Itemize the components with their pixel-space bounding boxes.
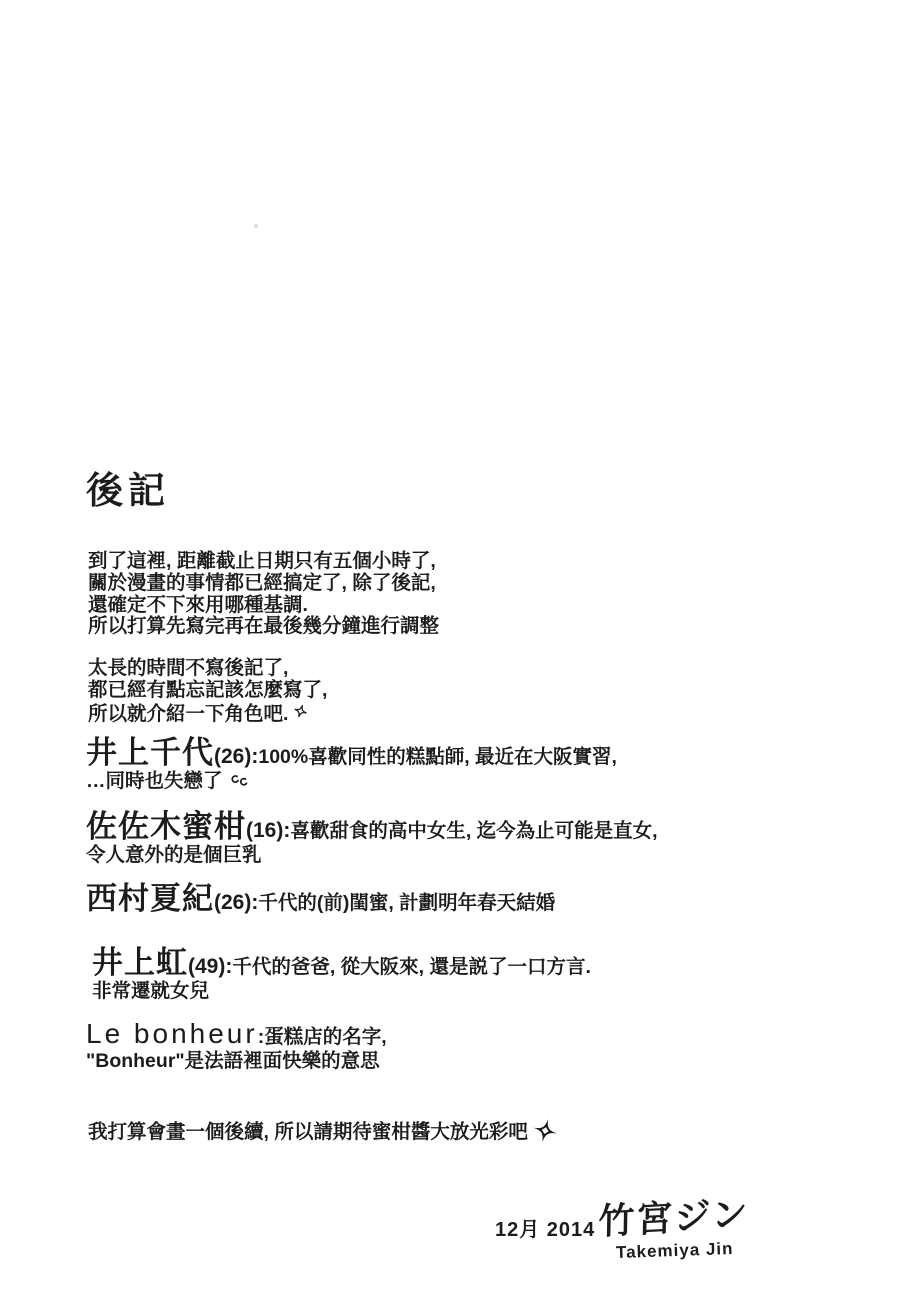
- character-name: 佐佐木蜜柑: [86, 809, 246, 844]
- character-description: 100%喜歡同性的糕點師, 最近在大阪實習,: [258, 746, 617, 768]
- character-description: 千代的(前)閨蜜, 計劃明年春天結婚: [258, 892, 555, 914]
- character-description: 千代的爸爸, 從大阪來, 還是説了一口方言.: [232, 956, 591, 978]
- artist-signature-romaji: Takemiya Jin: [616, 1239, 734, 1263]
- artist-signature: 竹宮ジン: [598, 1186, 750, 1245]
- character-row: 井上虹(49):千代的爸爸, 從大阪來, 還是説了一口方言.: [92, 947, 591, 978]
- closing-text: 我打算會畫一個後續, 所以請期待蜜柑醬大放光彩吧: [88, 1121, 528, 1143]
- character-name: Le bonheur: [86, 1018, 258, 1049]
- character-row: Le bonheur:蛋糕店的名字,: [86, 1020, 387, 1048]
- intro-line-3: 還確定不下來用哪種基調.: [88, 595, 439, 617]
- character-name: 西村夏紀: [86, 881, 214, 916]
- character-name: 井上千代: [86, 735, 214, 770]
- character-description-line2: 非常遷就女兒: [92, 981, 591, 1003]
- character-name: 井上虹: [92, 945, 188, 980]
- publication-date: 12月 2014: [495, 1213, 595, 1242]
- intro-line-1: 到了這裡, 距離截止日期只有五個小時了,: [88, 551, 439, 573]
- character-description-line2: "Bonheur"是法語裡面快樂的意思: [86, 1051, 387, 1073]
- character-description-line2: …同時也失戀了: [86, 771, 617, 794]
- notes-line-3: 所以就介紹一下角色吧.: [88, 702, 327, 726]
- character-entry-sasaki-mikan: 佐佐木蜜柑(16):喜歡甜食的高中女生, 迄今為止可能是直女, 令人意外的是個巨…: [86, 811, 658, 867]
- page-title: 後記: [86, 472, 170, 509]
- character-row: 佐佐木蜜柑(16):喜歡甜食的高中女生, 迄今為止可能是直女,: [86, 811, 658, 842]
- sparkle-filled-icon: [528, 1115, 560, 1151]
- intro-line-2: 關於漫畫的事情都已經搞定了, 除了後記,: [88, 573, 439, 595]
- character-entry-nishimura-natsuki: 西村夏紀(26):千代的(前)閨蜜, 計劃明年春天結婚: [86, 883, 555, 914]
- notes-line-1: 太長的時間不寫後記了,: [88, 658, 327, 680]
- character-age-tag: (26):: [214, 891, 258, 914]
- character-description: 蛋糕店的名字,: [264, 1026, 386, 1048]
- notes-line-2: 都已經有點忘記該怎麼寫了,: [88, 680, 327, 702]
- character-description-line2: 令人意外的是個巨乳: [86, 845, 658, 867]
- character-entry-inoue-chiyo: 井上千代(26):100%喜歡同性的糕點師, 最近在大阪實習, …同時也失戀了: [86, 737, 617, 794]
- character-row: 井上千代(26):100%喜歡同性的糕點師, 最近在大阪實習,: [86, 737, 617, 768]
- character-row: 西村夏紀(26):千代的(前)閨蜜, 計劃明年春天結婚: [86, 883, 555, 914]
- afterword-page: 後記 到了這裡, 距離截止日期只有五個小時了, 關於漫畫的事情都已經搞定了, 除…: [0, 0, 906, 1300]
- notes-line-3-text: 所以就介紹一下角色吧.: [88, 703, 288, 725]
- character-age-tag: (26):: [214, 745, 258, 768]
- character-age-tag: (16):: [246, 819, 290, 842]
- intro-paragraph: 到了這裡, 距離截止日期只有五個小時了, 關於漫畫的事情都已經搞定了, 除了後記…: [88, 551, 439, 638]
- character-entry-le-bonheur: Le bonheur:蛋糕店的名字, "Bonheur"是法語裡面快樂的意思: [86, 1020, 387, 1073]
- character-age-tag: (49):: [188, 955, 232, 978]
- character-line2-text: …同時也失戀了: [86, 770, 223, 792]
- squiggle-doodle-icon: [229, 771, 249, 795]
- character-entry-inoue-kou: 井上虹(49):千代的爸爸, 從大阪來, 還是説了一口方言. 非常遷就女兒: [92, 947, 591, 1003]
- scan-speck: [254, 224, 258, 228]
- intro-line-4: 所以打算先寫完再在最後幾分鐘進行調整: [88, 616, 439, 638]
- sparkle-outline-icon: [290, 700, 310, 725]
- character-description: 喜歡甜食的高中女生, 迄今為止可能是直女,: [290, 820, 657, 842]
- closing-line: 我打算會畫一個後續, 所以請期待蜜柑醬大放光彩吧: [88, 1116, 557, 1149]
- notes-paragraph: 太長的時間不寫後記了, 都已經有點忘記該怎麼寫了, 所以就介紹一下角色吧.: [88, 658, 327, 725]
